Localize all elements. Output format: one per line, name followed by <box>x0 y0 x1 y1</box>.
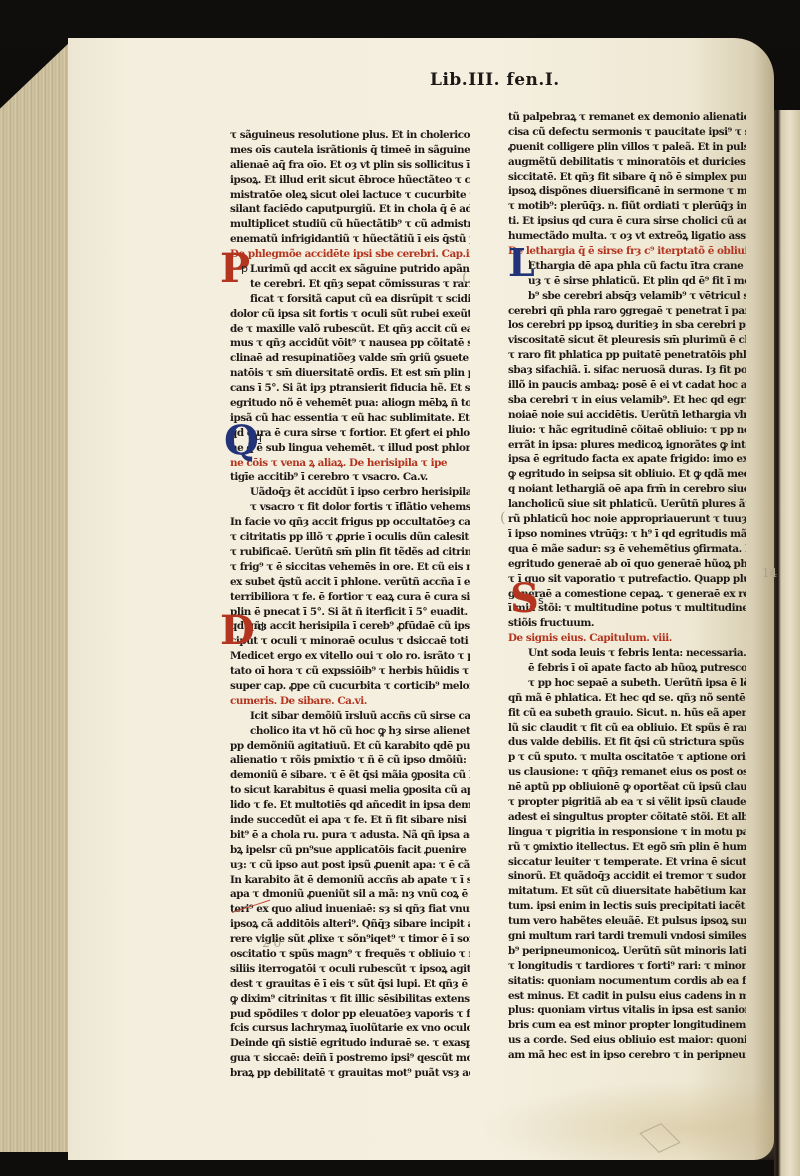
text-line: us a corde. Sed eius obliuio est maior: … <box>508 1033 746 1048</box>
text-line: τ sãguineus resolutione plus. Et in chol… <box>230 128 470 143</box>
text-line: τ motib⁹: plerūq̄ȝ. n. fiũt ordiati τ pl… <box>508 199 746 214</box>
text-line: sbaȝ sifachiã. ī. sifac neruosã duras. I… <box>508 363 746 378</box>
text-line: τ frig⁹ τ ē siccitas vehemēs in ore. Et … <box>230 560 470 575</box>
text-line: Icit sibar demõiũ īrsluũ accñs cũ sirse … <box>230 709 470 724</box>
text-line: to sicut karabitus ē quasi melia ꝯposita… <box>230 783 470 798</box>
text-line: mitatum. Et sũt cũ diuersitate habẽtium … <box>508 884 746 899</box>
text-line: p τ cũ sputo. τ multa oscitatōe τ aption… <box>508 750 746 765</box>
marginal-note: 14 <box>762 566 777 580</box>
text-line: us clausione: τ qñq̄ȝ remanet eius os po… <box>508 765 746 780</box>
book-scan: Lib.III. fen.I. τ sãguineus resolutione … <box>0 0 800 1176</box>
text-line: siliis iterrogatōi τ oculi rubescũt τ ip… <box>230 962 470 977</box>
text-line: ipsã cũ hac essentia τ eũ hac sublimitat… <box>230 411 470 426</box>
guide-letter-s: s <box>538 594 544 607</box>
text-line: ne q̄ ē sub lingua vehemēt. τ illud post… <box>230 441 470 456</box>
text-line: sba cerebri τ in eius velamib⁹. Et hec q… <box>508 393 746 408</box>
text-line: rũ τ ꝯmixtio itellectus. Et egõ sm̄ plin… <box>508 840 746 855</box>
text-line: gni multum rari tardi tremuli vndosi sim… <box>508 929 746 944</box>
text-line: terribiliora τ fe. ē fortior τ eaꝝ cura … <box>230 590 470 605</box>
water-stain <box>480 1080 780 1160</box>
text-line: egritudo nõ ē vehemēt pua: aliogn mēbꝝ ñ… <box>230 396 470 411</box>
text-line: multiplicet studiũ cũ hũectãtib⁹ τ cũ ad… <box>230 217 470 232</box>
text-line: silant faciēdo caputpurgiũ. Et in chola … <box>230 202 470 217</box>
text-line: Unt soda leuis τ febris lenta: necessari… <box>508 646 746 661</box>
text-line: De lethargia q̄ ē sirse frȝ c⁹ iterptatõ… <box>508 244 746 259</box>
text-line: ꝙ dixim⁹ citrinitas τ fit illic sēsibili… <box>230 992 470 1007</box>
text-line: qñ mã ē phlatica. Et hec qd se. qñȝ nõ s… <box>508 691 746 706</box>
text-line: alienaē aq̄ fra oīo. Et oȝ vt plin sis s… <box>230 158 470 173</box>
margin-bracket-mark: ( <box>462 270 467 286</box>
text-line: τ rubificaē. Uerũtñ sm̄ plin fit tẽdẽs a… <box>230 545 470 560</box>
text-line: siccatur leuiter τ temperate. Et vrina ē… <box>508 855 746 870</box>
text-line: b⁹ sbe cerebri absq̄ȝ velamib⁹ τ vētricu… <box>508 289 746 304</box>
text-line: qua ē mãe sadur: sȝ ē vehemẽtius ꝯfirmat… <box>508 542 746 557</box>
text-line: dus valde debilis. Et fit q̄si cũ strict… <box>508 735 746 750</box>
text-line: qd cura ē cura sirse τ fortior. Et ꝯfert… <box>230 426 470 441</box>
text-line: τ pp hoc sepaē a subeth. Uerũtñ ipsa ē l… <box>508 676 746 691</box>
text-line: stiõis fructuum. <box>508 616 746 631</box>
text-line: τ propter pigritiã ab ea τ si vẽlit ipsũ… <box>508 795 746 810</box>
text-line: nē aptũ pp obliuionē ꝙ oportẽat cũ ipsũ … <box>508 780 746 795</box>
text-line: rũ phlaticũ hoc noie appropriauerunt τ t… <box>508 512 746 527</box>
right-column: tũ palpebraꝝ τ remanet ex demonio aliena… <box>508 110 746 1063</box>
text-line: De signis eius. Capitulum. viii. <box>508 631 746 646</box>
text-line: ipsoꝝ dispõnes diuersificanē in sermone … <box>508 184 746 199</box>
text-line: ex subet q̄stũ accit ī phlone. verũtñ ac… <box>230 575 470 590</box>
text-line: Medicet ergo ex vitello oui τ olo ro. is… <box>230 649 470 664</box>
text-line: bris cum ea est minor propter longitudin… <box>508 1018 746 1033</box>
text-line: tum vero habẽtes eleuãē. Et pulsus ipsoꝝ… <box>508 914 746 929</box>
text-line: bit⁹ ē a chola ru. pura τ adusta. Nã qñ … <box>230 828 470 843</box>
text-line: fcis cursus lachrymaꝝ īuolũtarie ex vno … <box>230 1021 470 1036</box>
text-line: τ citritatis pp illõ τ ꝓprie ī oculis dũ… <box>230 530 470 545</box>
guide-letter-l: l <box>528 258 531 271</box>
running-head: Lib.III. fen.I. <box>430 70 560 90</box>
text-line: natōis τ sm̄ diuersitatē ordīs. Et est s… <box>230 366 470 381</box>
text-line: ne cōis τ vena ꝝ aliaꝝ. De herisipila τ … <box>230 456 470 471</box>
text-line: plus: quoniam virtus vitalis in ipsa est… <box>508 1003 746 1018</box>
margin-bracket-mark: ( <box>500 510 505 526</box>
text-line: b⁹ peripneumonicoꝝ. Uerũtñ sũt minoris l… <box>508 944 746 959</box>
text-line: mistratōe oleꝝ sicut olei lactuce τ cucu… <box>230 188 470 203</box>
text-line: tũ palpebraꝝ τ remanet ex demonio aliena… <box>508 110 746 125</box>
text-line: de τ maxille valõ rubescũt. Et qñȝ accit… <box>230 322 470 337</box>
guide-letter-q: q <box>255 430 262 443</box>
text-line: uȝ: τ cũ ipso aut post ipsũ ꝓuenit apa: … <box>230 858 470 873</box>
text-line: In karabito ãt ē demoniũ accñs ab apate … <box>230 873 470 888</box>
text-line: clinaē ad resupinatiõeȝ valde sm̄ ꝯriũ ꝯ… <box>230 351 470 366</box>
text-line: te cerebri. Et qñȝ sepat cõmissuras τ ra… <box>230 277 470 292</box>
text-line: dest τ grauitas ē ī eis τ sũt q̄si lupi.… <box>230 977 470 992</box>
text-line: tigīe accitib⁹ ī cerebro τ vsacro. Ca.v. <box>230 470 470 485</box>
text-line: Deinde qñ sistiē egritudo induraē se. τ … <box>230 1036 470 1051</box>
text-line: sinorũ. Et quãdoq̄ȝ accidit ei tremor τ … <box>508 869 746 884</box>
text-line: tato oī hora τ cũ expssiōib⁹ τ herbis hũ… <box>230 664 470 679</box>
text-line: cans ī 5°. Si ãt ipȝ ptransierit fiducia… <box>230 381 470 396</box>
initial-s: S <box>510 575 539 622</box>
text-line: super cap. ꝓpe cũ cucurbita τ corticib⁹ … <box>230 679 470 694</box>
text-line: teri⁹ ex quo aliud inueniaē: sȝ si qñȝ f… <box>230 902 470 917</box>
text-line: inde succedũt ei apa τ fe. Et ñ fit siba… <box>230 813 470 828</box>
text-line: noiaē noie sui accidētis. Uerũtñ letharg… <box>508 408 746 423</box>
text-line: Ethargia dē apa phla cũ factu ītra crane <box>508 259 746 274</box>
text-line: lancholicũ siue sit phlaticũ. Uerũtñ plu… <box>508 497 746 512</box>
text-line: sitatis: quoniam nocumentum cordis ab ea… <box>508 974 746 989</box>
text-line: cholico ita vt hõ cũ hoc ꝙ hȝ sirse alie… <box>230 724 470 739</box>
text-line: ipsa ē egritudo facta ex apate frigido: … <box>508 452 746 467</box>
text-line: ipsoꝝ cã additōis alteri⁹. Qñq̄ȝ sibare … <box>230 917 470 932</box>
text-line: am mã hec est in ipso cerebro τ in perip… <box>508 1048 746 1063</box>
text-line: augmẽtũ debilitatis τ minoratōis et duri… <box>508 155 746 170</box>
text-line: τ vsacro τ fit dolor fortis τ īflãtio ve… <box>230 500 470 515</box>
text-line: liuio: τ hãc egritudinē cõitaē obliuio: … <box>508 423 746 438</box>
text-line: los cerebri pp ipsoꝝ duritieȝ in sba cer… <box>508 318 746 333</box>
text-line: egritudo generaē ab oī quo generaē hũoꝝ … <box>508 557 746 572</box>
text-line: mus τ qñȝ accidũt vōit⁹ τ nausea pp cõit… <box>230 336 470 351</box>
text-line: illõ in paucis ambaꝝ: posē ē ei vt cadat… <box>508 378 746 393</box>
text-line: ti. Et ipsius qd cura ē cura sirse choli… <box>508 214 746 229</box>
text-line: In facie vo qñȝ accit frigus pp occultat… <box>230 515 470 530</box>
text-line: plin ē pnecat ī 5°. Si ãt ñ iterficit ī … <box>230 605 470 620</box>
text-line: pp demõniũ agitatiuũ. Et cũ karabito qdē… <box>230 739 470 754</box>
text-line: bꝝ ipelsr cũ pn⁹sue applicatōis facit ꝓu… <box>230 843 470 858</box>
text-line: De phlegmõe accidēte ipsi sbe cerebri. C… <box>230 247 470 262</box>
text-line: ī ipso nomines vtrūq̄ȝ: τ h⁹ ī qd egritu… <box>508 527 746 542</box>
book-gutter <box>774 110 800 1176</box>
text-line: ipsoꝝ. Et illud erit sicut ēbroce hũectã… <box>230 173 470 188</box>
text-line: dolor cũ ipsa sit fortis τ oculi sũt rub… <box>230 307 470 322</box>
page-fore-edges <box>0 42 70 1152</box>
text-line: ficat τ forsitã caput cũ ea disrũpit τ s… <box>230 292 470 307</box>
text-line: q noiant lethargiã oē apa frm̄ in cerebr… <box>508 482 746 497</box>
text-line: viscositatē sicut ẽt pleuresis sm̄ pluri… <box>508 333 746 348</box>
initial-d: D <box>220 607 255 654</box>
text-line: pud spõdiles τ dolor pp eleuatōeȝ vapori… <box>230 1007 470 1022</box>
marginal-note-bottom: 2 0 <box>262 936 281 950</box>
text-line: mes oīs cautela isrãtionis q̄ timeē in s… <box>230 143 470 158</box>
text-line: est minus. Et cadit in pulsu eius cadens… <box>508 989 746 1004</box>
text-line: cumeris. De sibare. Ca.vi. <box>230 694 470 709</box>
text-line: lingua τ pigritia in responsione τ in mo… <box>508 825 746 840</box>
text-line: ꝓuenit colligere plin villos τ paleã. Et… <box>508 140 746 155</box>
text-line: qd qñȝ accit herisipila ī cereb⁹ ꝓfūdaē … <box>230 619 470 634</box>
text-line: gua τ siccaē: deīñ ī postremo ipsi⁹ qesc… <box>230 1051 470 1066</box>
guide-letter-p: p <box>241 262 248 275</box>
text-line: siccitatē. Et qñȝ fit sibare q̄ nõ ē sim… <box>508 170 746 185</box>
text-line: errãt in ipsa: plures medicoꝝ ignorãtes … <box>508 438 746 453</box>
text-line: τ ī quo sit vaporatio τ putrefactio. Qua… <box>508 572 746 587</box>
text-line: alienatio τ rõis pmixtio τ ñ ē cũ ipso d… <box>230 753 470 768</box>
text-line: ē febris ī oī apate facto ab hũoꝝ putres… <box>508 661 746 676</box>
text-line: braꝝ pp debilitatē τ grauitas mot⁹ puãt … <box>230 1066 470 1081</box>
text-line: cisa cũ defectu sermonis τ paucitate ips… <box>508 125 746 140</box>
text-line: uȝ τ ē sirse phlaticũ. Et plin qd ē⁹ fit… <box>508 274 746 289</box>
text-line: enematũ infrigidantiũ τ hũectãtiũ ī eis … <box>230 232 470 247</box>
text-line: lũ sic claudit τ fit cũ ea obliuio. Et s… <box>508 721 746 736</box>
text-line: humectãdo multa. τ oȝ vt extreõꝝ ligatio… <box>508 229 746 244</box>
text-line: τ raro fit phlatica pp puitatē penetratō… <box>508 348 746 363</box>
initial-q: Q <box>224 417 259 464</box>
guide-letter-d: d <box>257 620 264 633</box>
text-line: ciput τ oculi τ minoraē oculus τ dsiccaē… <box>230 634 470 649</box>
text-line: fit cũ ea subeth grauio. Sicut. n. hũs e… <box>508 706 746 721</box>
text-line: tum. ipsi enim in lectis suis precipitat… <box>508 899 746 914</box>
text-line: cerebri qñ phla raro ꝯgregaē τ penetrat … <box>508 304 746 319</box>
text-line: demoniũ ē sibare. τ ē ẽt q̄si mãia ꝯposi… <box>230 768 470 783</box>
text-line: adest ei singultus propter cõitatē stõi.… <box>508 810 746 825</box>
text-line: τ longitudis τ tardiores τ forti⁹ rari: … <box>508 959 746 974</box>
text-line: Lurimũ qd accit ex sãguine putrido apãn <box>230 262 470 277</box>
text-line: ꝙ egritudo in seipsa sit obliuio. Et ꝙ q… <box>508 467 746 482</box>
text-line: Uãdoq̄ȝ ẽt accidũt ī ipso cerbro herisip… <box>230 485 470 500</box>
text-line: lido τ fe. Et multotiēs qd añcedit in ip… <box>230 798 470 813</box>
